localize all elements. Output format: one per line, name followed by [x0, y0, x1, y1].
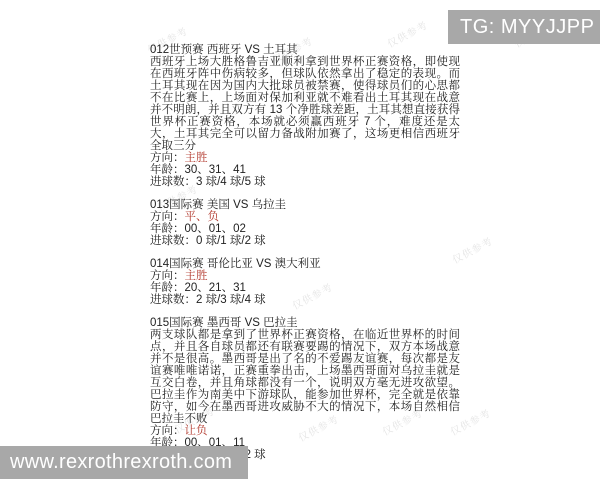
- direction-line: 方向：主胜: [150, 270, 460, 282]
- match-tip-015: 015国际赛 墨西哥 VS 巴拉圭 两支球队都是拿到了世界杯正赛资格，在临近世界…: [150, 317, 460, 461]
- direction-label: 方向：: [150, 211, 185, 223]
- tg-contact-badge: TG: MYYJJPP: [448, 10, 600, 44]
- age-value: 00、01、02: [185, 223, 246, 235]
- match-title: 014国际赛 哥伦比亚 VS 澳大利亚: [150, 258, 460, 270]
- goals-label: 进球数：: [150, 176, 196, 188]
- goals-label: 进球数：: [150, 235, 196, 247]
- goals-line: 进球数：0 球/1 球/2 球: [150, 235, 460, 247]
- age-line: 年龄：30、31、41: [150, 164, 460, 176]
- direction-line: 方向：平、负: [150, 211, 460, 223]
- footer-url-text: www.rexrothrexroth.com: [10, 451, 232, 473]
- match-tip-013: 013国际赛 美国 VS 乌拉圭 方向：平、负 年龄：00、01、02 进球数：…: [150, 199, 460, 247]
- match-title: 015国际赛 墨西哥 VS 巴拉圭: [150, 317, 460, 329]
- direction-label: 方向：: [150, 152, 185, 164]
- direction-label: 方向：: [150, 270, 185, 282]
- match-tip-014: 014国际赛 哥伦比亚 VS 澳大利亚 方向：主胜 年龄：20、21、31 进球…: [150, 258, 460, 306]
- age-label: 年龄：: [150, 164, 185, 176]
- age-label: 年龄：: [150, 223, 185, 235]
- screenshot-canvas: 仅供参考 仅供参考 仅供参考 仅供参考 仅供参考 仅供参考 仅供参考 仅供参考 …: [0, 0, 600, 480]
- age-label: 年龄：: [150, 282, 185, 294]
- match-analysis: 西班牙上场大胜格鲁吉亚顺利拿到世界杯正赛资格，即使现在西班牙阵中伤病较多，但球队…: [150, 56, 460, 152]
- direction-value: 平、负: [185, 211, 220, 223]
- article-content: 012世预赛 西班牙 VS 土耳其 西班牙上场大胜格鲁吉亚顺利拿到世界杯正赛资格…: [150, 44, 460, 461]
- goals-value: 3 球/4 球/5 球: [196, 176, 266, 188]
- goals-value: 0 球/1 球/2 球: [196, 235, 266, 247]
- goals-line: 进球数：2 球/3 球/4 球: [150, 294, 460, 306]
- match-title: 012世预赛 西班牙 VS 土耳其: [150, 44, 460, 56]
- goals-value: 2 球/3 球/4 球: [196, 294, 266, 306]
- direction-value: 主胜: [185, 152, 208, 164]
- age-line: 年龄：00、01、02: [150, 223, 460, 235]
- direction-line: 方向：让负: [150, 425, 460, 437]
- age-line: 年龄：20、21、31: [150, 282, 460, 294]
- match-title: 013国际赛 美国 VS 乌拉圭: [150, 199, 460, 211]
- direction-value: 让负: [185, 425, 208, 437]
- direction-label: 方向：: [150, 425, 185, 437]
- match-tip-012: 012世预赛 西班牙 VS 土耳其 西班牙上场大胜格鲁吉亚顺利拿到世界杯正赛资格…: [150, 44, 460, 188]
- direction-line: 方向：主胜: [150, 152, 460, 164]
- goals-line: 进球数：3 球/4 球/5 球: [150, 176, 460, 188]
- direction-value: 主胜: [185, 270, 208, 282]
- footer-url-bar: www.rexrothrexroth.com: [0, 446, 248, 479]
- age-value: 20、21、31: [185, 282, 246, 294]
- age-value: 30、31、41: [185, 164, 246, 176]
- goals-label: 进球数：: [150, 294, 196, 306]
- match-analysis: 两支球队都是拿到了世界杯正赛资格，在临近世界杯的时间点，并且各自球员都还有联赛要…: [150, 329, 460, 425]
